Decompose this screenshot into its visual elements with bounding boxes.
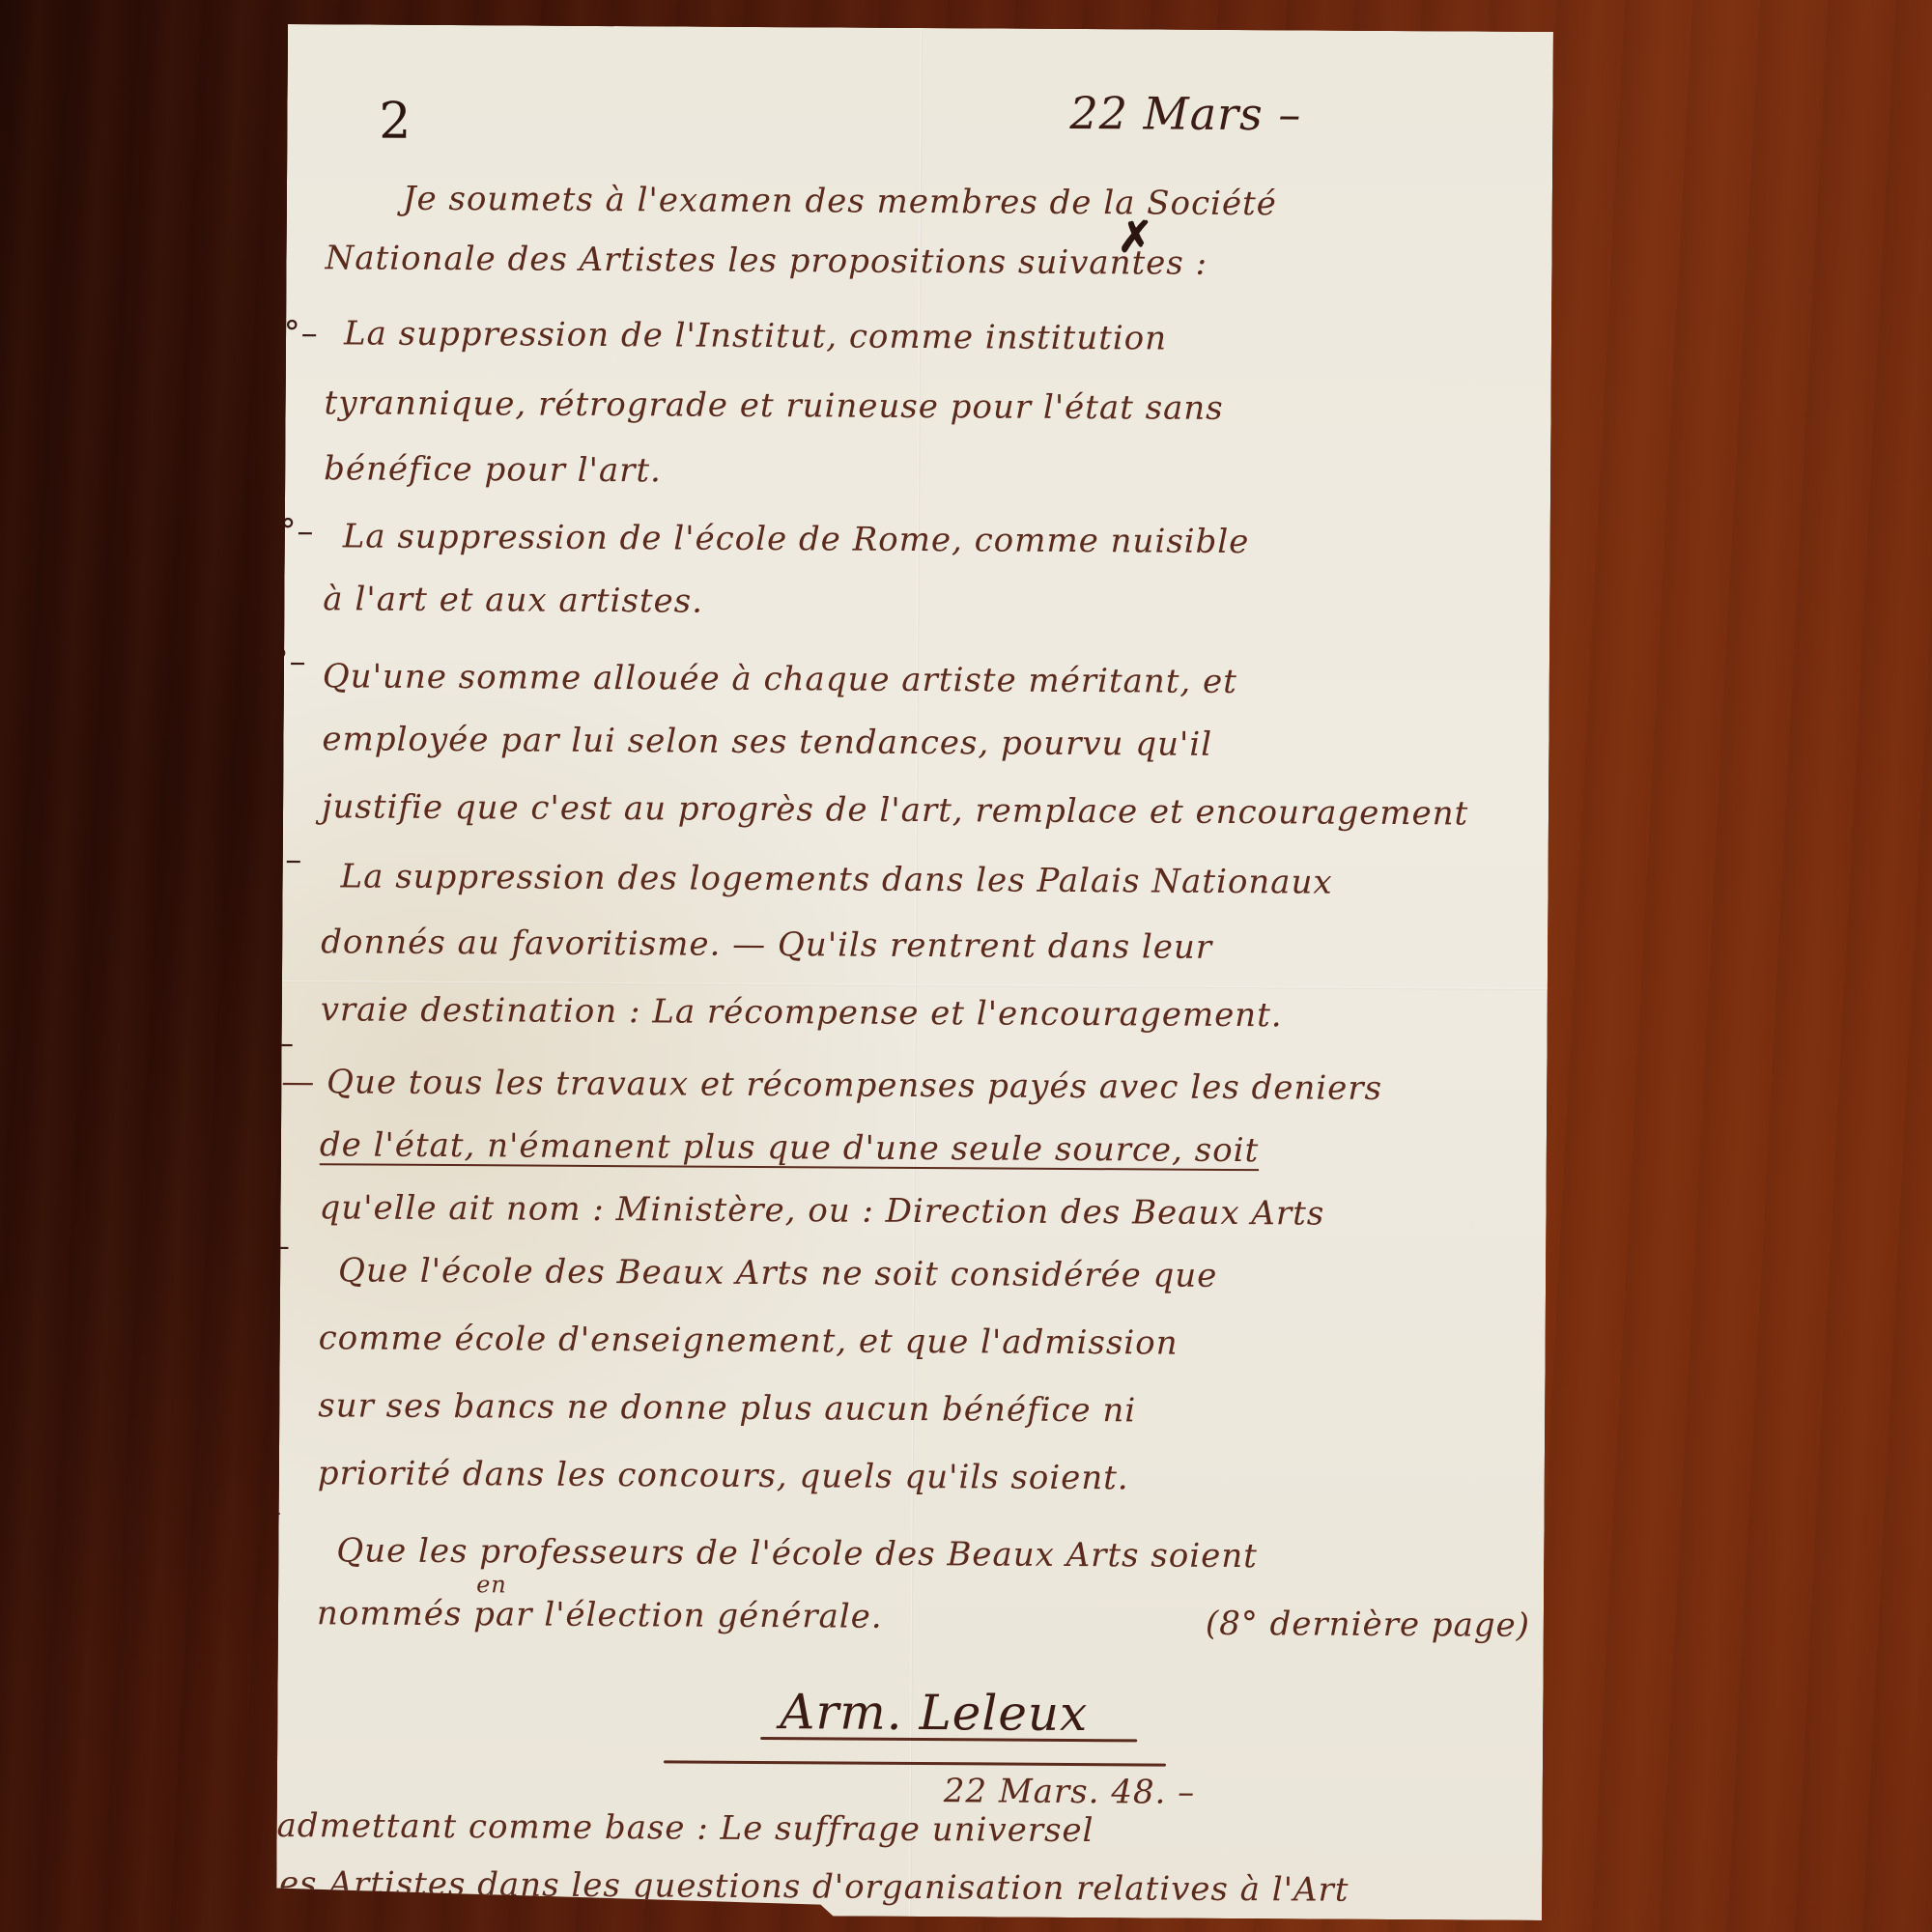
item-5-line-2: de l'état, n'émanent plus que d'une seul… <box>320 1125 1260 1170</box>
item-2-line-2: à l'art et aux artistes. <box>323 580 703 620</box>
intro-line-2: Nationale des Artistes les propositions … <box>325 239 1207 283</box>
item-6-line-3: sur ses bancs ne donne plus aucun bénéfi… <box>318 1386 1136 1430</box>
handwritten-letter-page: 2 22 Mars – Je soumets à l'examen des me… <box>276 24 1553 1920</box>
item-6-line-2: comme école d'enseignement, et que l'adm… <box>319 1319 1179 1362</box>
item-3-line-1: Qu'une somme allouée à chaque artiste mé… <box>323 657 1237 701</box>
asterisk-mark-icon: ✗ <box>1118 213 1153 262</box>
footnote-line-1: admettant comme base : Le suffrage unive… <box>276 1806 1094 1850</box>
page-number: 2 <box>379 93 412 151</box>
paper-fold-vertical <box>909 28 923 1917</box>
item-6-line-4: priorité dans les concours, quels qu'ils… <box>318 1454 1129 1497</box>
item-7-note: (8° dernière page) <box>1206 1605 1530 1645</box>
item-2-line-1: La suppression de l'école de Rome, comme… <box>343 517 1250 561</box>
item-1-line-1: La suppression de l'Institut, comme inst… <box>344 314 1167 357</box>
item-5-line-1: — Que tous les travaux et récompenses pa… <box>281 1063 1382 1108</box>
item-3-line-3: justifie que c'est au progrès de l'art, … <box>322 787 1468 833</box>
signature: Arm. Leleux <box>780 1684 1088 1742</box>
signature-underline <box>664 1760 1166 1766</box>
signature-date: 22 Mars. 48. – <box>944 1772 1196 1812</box>
item-5-line-3: qu'elle ait nom : Ministère, ou : Direct… <box>319 1188 1324 1233</box>
item-4-line-1: La suppression des logements dans les Pa… <box>340 857 1332 901</box>
item-3-line-2: employée par lui selon ses tendances, po… <box>322 720 1212 764</box>
item-6-line-1: Que l'école des Beaux Arts ne soit consi… <box>338 1251 1218 1295</box>
item-4-line-3: vraie destination : La récompense et l'e… <box>321 990 1283 1035</box>
item-7-inserted-word: en <box>476 1571 507 1598</box>
item-7-line-1: Que les professeurs de l'école des Beaux… <box>336 1531 1258 1576</box>
item-4-line-2: donnés au favoritisme. — Qu'ils rentrent… <box>321 923 1212 967</box>
item-7-line-2: nommés par l'élection générale. <box>317 1594 883 1636</box>
item-1-line-2: tyrannique, rétrograde et ruineuse pour … <box>324 384 1223 428</box>
header-date: 22 Mars – <box>1069 87 1301 140</box>
item-1-line-3: bénéfice pour l'art. <box>324 449 662 490</box>
